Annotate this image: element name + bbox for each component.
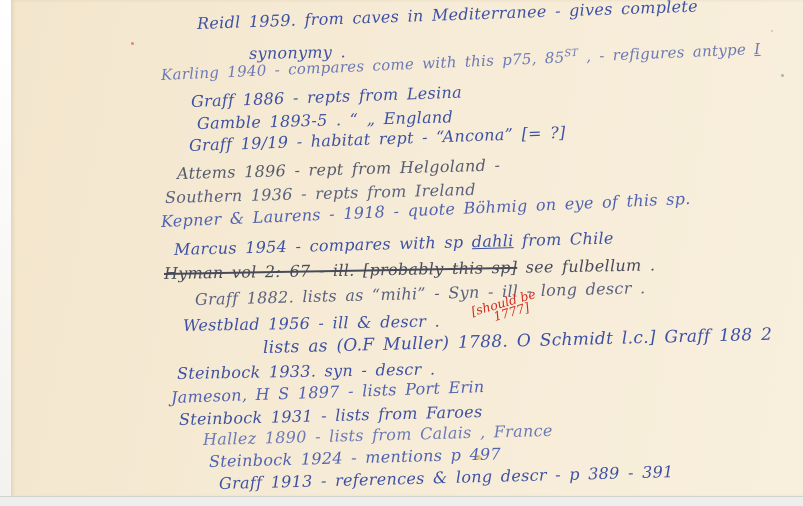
paper-speck (781, 74, 784, 77)
superscript: ST (564, 48, 578, 60)
note-line: Marcus 1954 - compares with sp dahli fro… (174, 228, 614, 259)
underlined-numeral: I (754, 40, 761, 58)
underlined-species-name: dahli (472, 231, 514, 251)
scan-margin-bottom (0, 496, 803, 506)
note-line: Westblad 1956 - ill & descr . (183, 312, 440, 335)
note-line: Attems 1896 - rept from Helgoland - (177, 156, 501, 183)
index-card: Reidl 1959. from caves in Mediterranee -… (11, 0, 803, 497)
scan-margin-left (0, 0, 11, 506)
paper-speck (771, 30, 773, 32)
note-text: Marcus 1954 - compares with sp (174, 232, 472, 259)
note-line: Graff 1882. lists as “mihi” - Syn - ill … (195, 278, 646, 309)
note-line: Graff 1886 - repts from Lesina (191, 83, 463, 111)
struck-text: Hyman vol 2: 67 - ill. [probably this sp… (164, 258, 518, 283)
paper-speck (131, 42, 134, 45)
note-text: from Chile (513, 228, 614, 250)
note-text: see fulbellum . (517, 255, 655, 276)
note-text: , - refigures antype (578, 40, 755, 66)
scanned-index-card-page: Reidl 1959. from caves in Mediterranee -… (0, 0, 803, 506)
note-text: Karling 1940 - compares come with this p… (161, 48, 565, 84)
paper-speck (476, 455, 481, 460)
note-line: Reidl 1959. from caves in Mediterranee -… (197, 0, 699, 33)
